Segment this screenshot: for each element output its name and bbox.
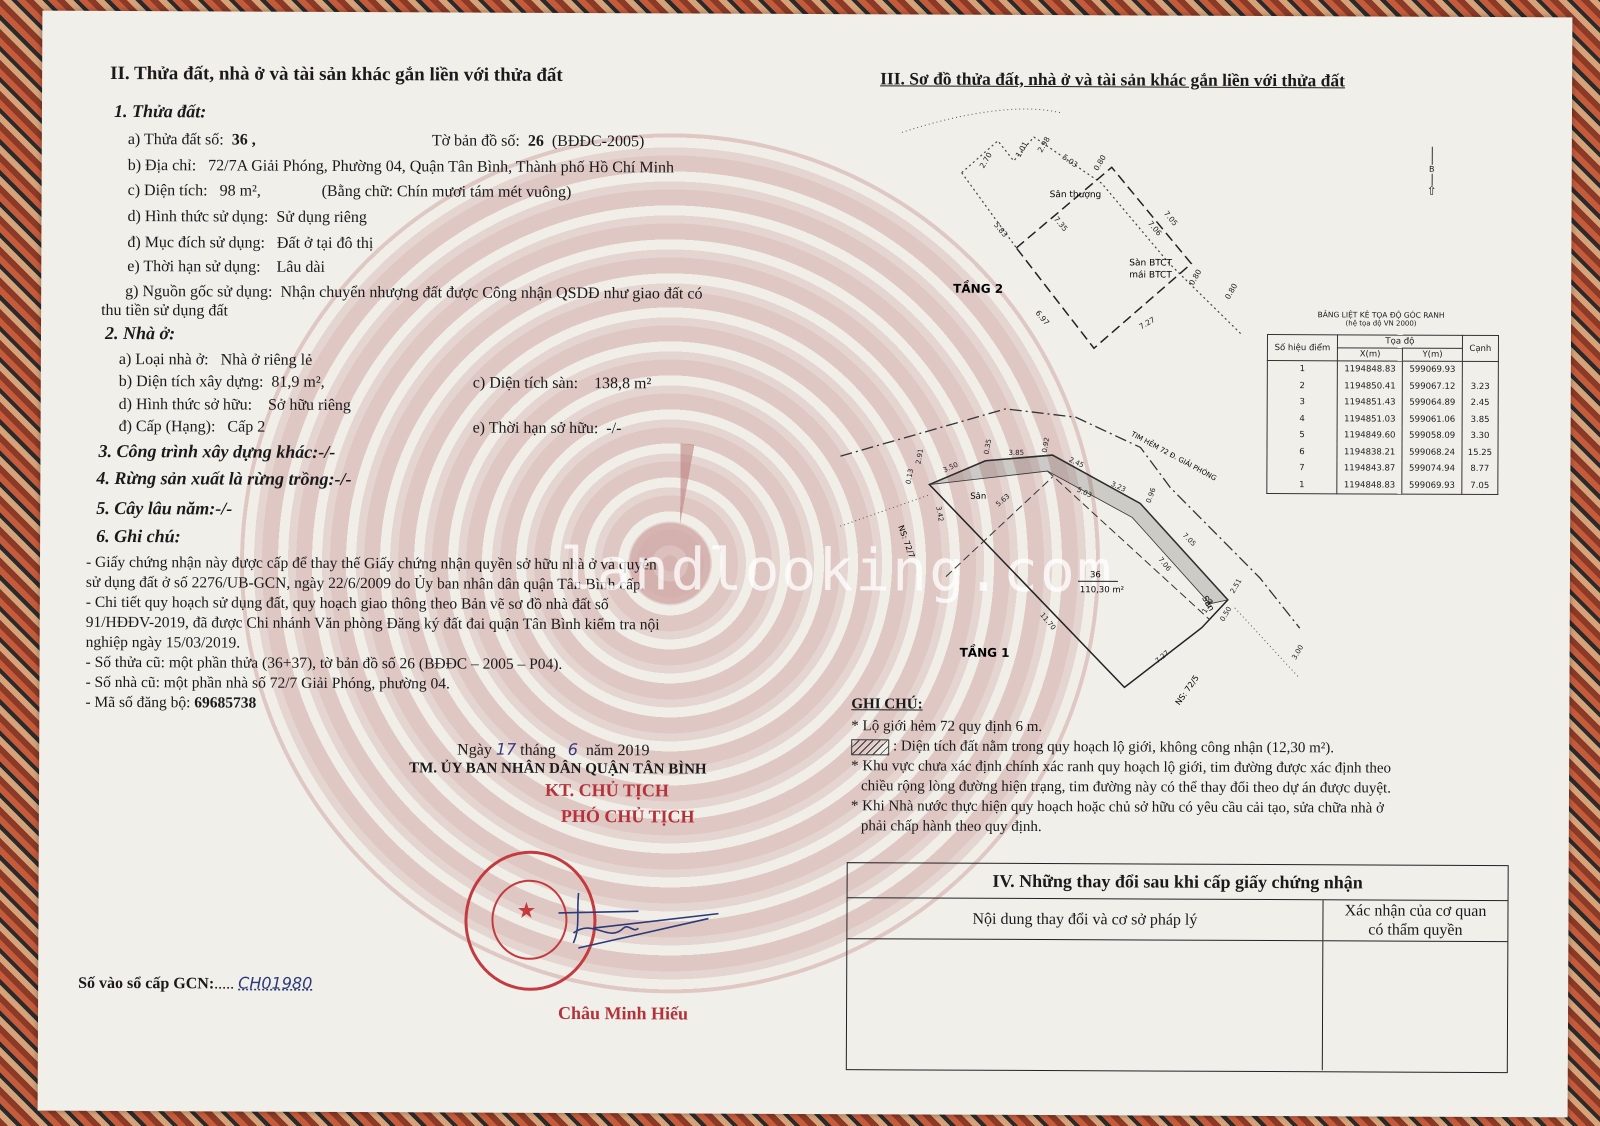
cell-x: 1194838.21 (1337, 444, 1402, 461)
cell-x: 1194850.41 (1337, 378, 1402, 395)
svg-text:2.51: 2.51 (1229, 577, 1244, 595)
cell-edge: 3.85 (1462, 411, 1498, 428)
svg-text:5.63: 5.63 (994, 492, 1011, 508)
cell-edge: 15.25 (1462, 444, 1498, 461)
land-certificate-page: II. Thửa đất, nhà ở và tài sản khác gắn … (38, 11, 1573, 1118)
registry-number: 69685738 (194, 694, 256, 711)
svg-text:0.80: 0.80 (1223, 282, 1239, 301)
issue-month: 6 (568, 740, 578, 759)
svg-text:Sân thượng: Sân thượng (1050, 190, 1102, 200)
handwritten-signature (518, 873, 728, 964)
purpose-row: đ) Mục đích sử dụng: Đất ở tại đô thị (127, 234, 373, 253)
house-type-row: a) Loại nhà ở: Nhà ở riêng lẻ (119, 351, 312, 370)
issuing-org: TM. ỦY BAN NHÂN DÂN QUẬN TÂN BÌNH (409, 760, 707, 778)
svg-text:6.97: 6.97 (1034, 309, 1052, 328)
cell-y: 599058.09 (1402, 428, 1462, 445)
hatch-swatch-icon (851, 739, 889, 755)
cell-y: 599069.93 (1402, 477, 1462, 494)
signer-role-1: KT. CHỦ TỊCH (545, 780, 669, 802)
changes-confirm-header: Xác nhận của cơ quan có thẩm quyền (1323, 900, 1507, 942)
cell-y: 599068.24 (1402, 444, 1462, 461)
floor1-diagram: TIM HẺM 72 Đ. GIẢI PHÓNG Sân Sân 36 110,… (839, 386, 1320, 708)
header-point: Số hiệu điểm (1267, 335, 1337, 361)
svg-text:36: 36 (1090, 570, 1101, 580)
svg-text:7.35: 7.35 (1052, 215, 1070, 234)
origin-row-2: thu tiền sử dụng đất (101, 302, 228, 321)
cell-edge: 3.30 (1462, 428, 1498, 445)
cell-edge (1462, 361, 1498, 378)
section4-title: IV. Những thay đổi sau khi cấp giấy chứn… (848, 863, 1508, 901)
own-term-row: e) Thời hạn sở hữu: -/- (473, 420, 622, 439)
ownership-row: d) Hình thức sở hữu: Sở hữu riêng (119, 396, 351, 415)
svg-text:7.05: 7.05 (1162, 209, 1180, 228)
diagram-notes-heading: GHI CHÚ: (851, 696, 922, 713)
changes-content-column: Nội dung thay đổi và cơ sở pháp lý (847, 898, 1324, 1070)
svg-text:3.00: 3.00 (1290, 644, 1305, 662)
cell-y: 599074.94 (1402, 461, 1462, 478)
svg-text:110,30 m²: 110,30 m² (1080, 585, 1124, 595)
parcel-number: 36 , (232, 131, 256, 148)
svg-text:TIM HẺM 72 Đ. GIẢI PHÓNG: TIM HẺM 72 Đ. GIẢI PHÓNG (1129, 429, 1219, 483)
perennial-row: 5. Cây lâu năm:-/- (96, 498, 232, 520)
header-y: Y(m) (1403, 348, 1463, 361)
svg-text:7.27: 7.27 (1138, 315, 1157, 331)
svg-text:1.01: 1.01 (1014, 140, 1030, 159)
registry-row: - Mã số đăng bộ: 69685738 (85, 693, 256, 714)
svg-text:mái BTCT: mái BTCT (1129, 270, 1172, 280)
cell-edge: 3.23 (1462, 378, 1498, 395)
signer-role-2: PHÓ CHỦ TỊCH (561, 806, 695, 828)
floor-area-row: c) Diện tích sàn: 138,8 m² (473, 375, 652, 394)
changes-confirm-column: Xác nhận của cơ quan có thẩm quyền (1323, 900, 1508, 1071)
header-coord: Tọa độ (1337, 335, 1462, 349)
north-arrow-icon: ⇧ (1425, 186, 1439, 196)
hatch-legend: : Diện tích đất nằm trong quy hoạch lộ g… (851, 736, 1491, 759)
term-row: e) Thời hạn sử dụng: Lâu dài (127, 258, 325, 277)
area-words: (Bằng chữ: Chín mươi tám mét vuông) (322, 183, 572, 202)
cell-point: 1 (1267, 361, 1337, 378)
svg-text:0.96: 0.96 (1145, 486, 1158, 504)
cell-y: 599069.93 (1403, 361, 1463, 378)
svg-text:Sân: Sân (970, 492, 986, 502)
svg-text:7.05: 7.05 (1181, 531, 1198, 548)
area-row: c) Diện tích: 98 m², (128, 182, 261, 201)
north-arrow: B ⇧ (1425, 147, 1439, 196)
svg-text:5.83: 5.83 (992, 220, 1010, 239)
address-row: b) Địa chỉ: 72/7A Giải Phóng, Phường 04,… (128, 157, 674, 177)
table-row: 11194848.83599069.93 (1267, 361, 1498, 379)
svg-text:TẦNG 1: TẦNG 1 (960, 643, 1010, 660)
svg-text:0.35: 0.35 (983, 438, 994, 455)
coord-table-caption: BẢNG LIỆT KÊ TỌA ĐỘ GÓC RANH (hệ tọa độ … (1267, 310, 1495, 328)
land-heading: 1. Thửa đất: (114, 101, 206, 122)
map-sheet-number: 26 (528, 133, 544, 150)
cell-x: 1194848.83 (1337, 477, 1402, 494)
svg-text:TẦNG 2: TẦNG 2 (953, 279, 1003, 296)
svg-text:0.80: 0.80 (1187, 268, 1203, 287)
svg-text:NS: 72/5: NS: 72/5 (1174, 674, 1201, 707)
cell-y: 599064.89 (1403, 395, 1463, 412)
svg-text:NS: 72/7: NS: 72/7 (896, 524, 916, 559)
gcn-number: CH01980 (238, 974, 312, 993)
svg-text:0.13: 0.13 (904, 468, 915, 485)
svg-text:7.27: 7.27 (1154, 649, 1171, 665)
changes-content-header: Nội dung thay đổi và cơ sở pháp lý (847, 898, 1322, 941)
cell-x: 1194851.03 (1337, 411, 1402, 428)
svg-text:3.85: 3.85 (1008, 449, 1024, 457)
built-area-row: b) Diện tích xây dựng: 81,9 m², (119, 373, 325, 392)
svg-text:7.06: 7.06 (1146, 219, 1164, 238)
origin-row: g) Nguồn gốc sử dụng: Nhận chuyển nhượng… (125, 283, 702, 304)
parcel-row: a) Thửa đất số: 36 , (128, 131, 256, 150)
svg-text:Sàn BTCT: Sàn BTCT (1129, 258, 1172, 268)
svg-text:2.98: 2.98 (1036, 135, 1052, 154)
grade-row: đ) Cấp (Hạng): Cấp 2 (119, 418, 266, 437)
north-label: B (1425, 165, 1439, 174)
svg-text:0.80: 0.80 (1092, 153, 1108, 172)
signer-name: Châu Minh Hiếu (558, 1003, 688, 1025)
house-heading: 2. Nhà ở: (105, 323, 175, 344)
cell-x: 1194848.83 (1337, 361, 1402, 378)
notes-heading: 6. Ghi chú: (96, 526, 181, 547)
use-form-row: d) Hình thức sử dụng: Sử dụng riêng (127, 208, 366, 227)
cell-edge: 7.05 (1462, 477, 1498, 494)
header-x: X(m) (1337, 348, 1402, 361)
diagram-notes: * Lộ giới hẻm 72 quy định 6 m. : Diện tí… (851, 716, 1492, 839)
address-value: 72/7A Giải Phóng, Phường 04, Quận Tân Bì… (208, 157, 674, 176)
svg-text:5.03: 5.03 (1061, 152, 1080, 169)
svg-text:0.92: 0.92 (1041, 437, 1052, 454)
other-construction: 3. Công trình xây dựng khác:-/- (98, 441, 335, 463)
cell-y: 599067.12 (1403, 378, 1463, 395)
svg-text:3.42: 3.42 (934, 506, 945, 523)
svg-text:2.91: 2.91 (915, 448, 926, 465)
issue-date: Ngày 17 tháng 6 năm 2019 (457, 739, 649, 760)
section2-title: II. Thửa đất, nhà ở và tài sản khác gắn … (110, 63, 563, 87)
gcn-row: Số vào sổ cấp GCN:..... CH01980 (78, 973, 312, 994)
header-edge: Cạnh (1462, 335, 1498, 361)
cell-y: 599061.06 (1402, 411, 1462, 428)
cell-edge: 2.45 (1462, 395, 1498, 412)
cell-x: 1194851.43 (1337, 394, 1402, 411)
floor2-diagram: Sân thượng Sàn BTCT mái BTCT TẦNG 2 2.70… (901, 102, 1302, 364)
section3-title: III. Sơ đồ thửa đất, nhà ở và tài sản kh… (880, 68, 1345, 91)
cell-edge: 8.77 (1462, 461, 1498, 478)
forest-row: 4. Rừng sản xuất là rừng trồng:-/- (96, 468, 351, 490)
map-sheet-row: Tờ bản đồ số: 26 (BĐĐC-2005) (432, 132, 645, 151)
cell-x: 1194843.87 (1337, 460, 1402, 477)
svg-text:2.70: 2.70 (978, 151, 994, 170)
issue-day: 17 (496, 740, 516, 759)
area-value: 98 m², (220, 182, 261, 199)
cell-x: 1194849.60 (1337, 427, 1402, 444)
changes-table: IV. Những thay đổi sau khi cấp giấy chứn… (846, 862, 1509, 1073)
